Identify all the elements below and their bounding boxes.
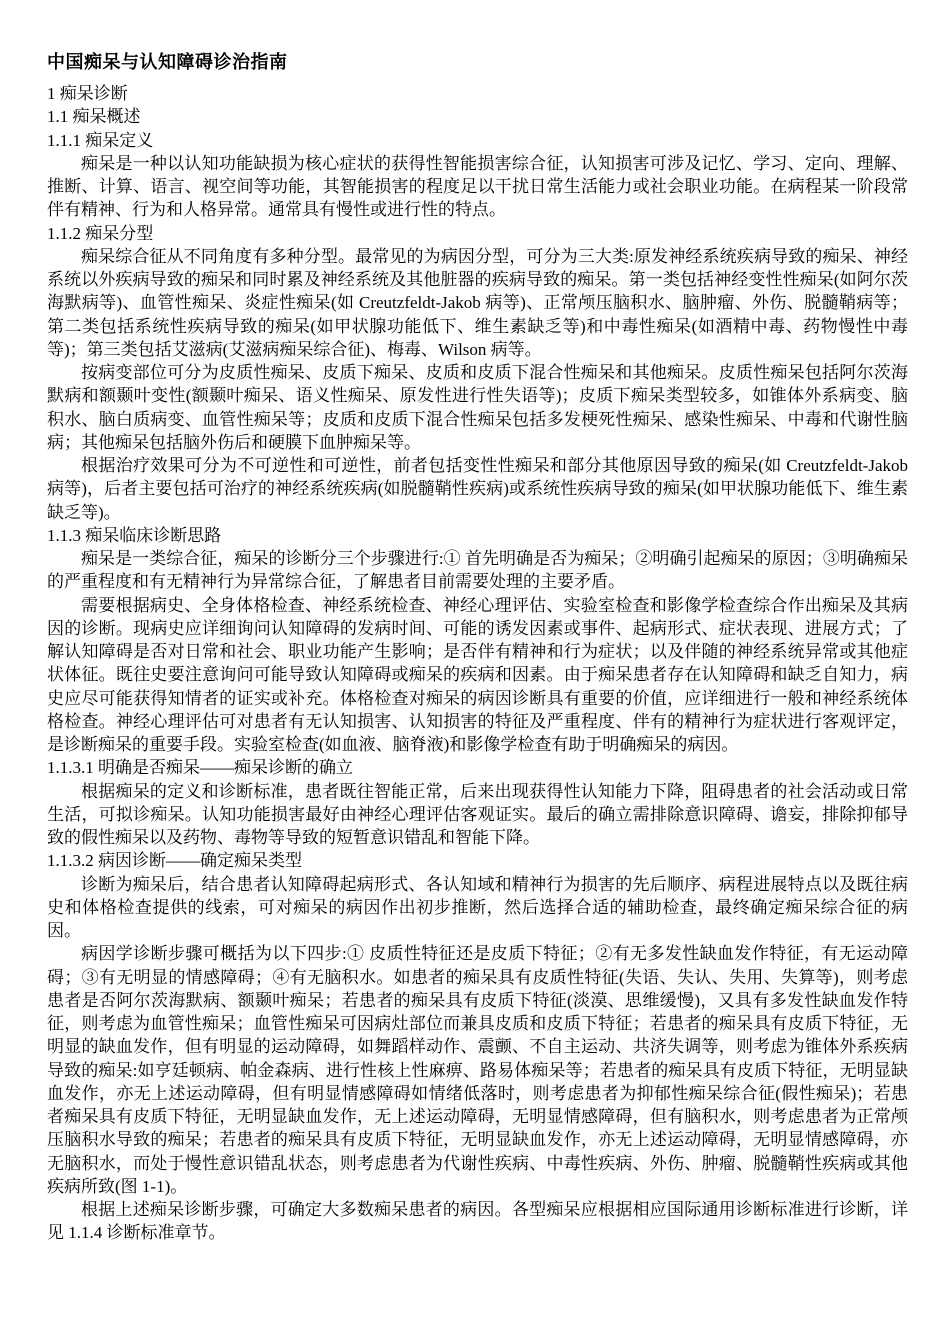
body-paragraph: 根据痴呆的定义和诊断标准，患者既往智能正常，后来出现获得性认知能力下降，阻碍患者…	[47, 780, 908, 850]
section-heading: 1.1.1 痴呆定义	[47, 129, 908, 152]
body-paragraph: 痴呆综合征从不同角度有多种分型。最常见的为病因分型，可分为三大类:原发神经系统疾…	[47, 245, 908, 361]
body-paragraph: 痴呆是一类综合征，痴呆的诊断分三个步骤进行:① 首先明确是否为痴呆；②明确引起痴…	[47, 547, 908, 594]
body-paragraph: 按病变部位可分为皮质性痴呆、皮质下痴呆、皮质和皮质下混合性痴呆和其他痴呆。皮质性…	[47, 361, 908, 454]
section-heading: 1.1.3.2 病因诊断——确定痴呆类型	[47, 849, 908, 872]
body-paragraph: 根据上述痴呆诊断步骤，可确定大多数痴呆患者的病因。各型痴呆应根据相应国际通用诊断…	[47, 1198, 908, 1245]
body-paragraph: 根据治疗效果可分为不可逆性和可逆性，前者包括变性性痴呆和部分其他原因导致的痴呆(…	[47, 454, 908, 524]
body-paragraph: 病因学诊断步骤可概括为以下四步:① 皮质性特征还是皮质下特征；②有无多发性缺血发…	[47, 942, 908, 1198]
section-heading: 1.1.3.1 明确是否痴呆——痴呆诊断的确立	[47, 756, 908, 779]
document-body: 1 痴呆诊断1.1 痴呆概述1.1.1 痴呆定义痴呆是一种以认知功能缺损为核心症…	[47, 82, 908, 1245]
body-paragraph: 诊断为痴呆后，结合患者认知障碍起病形式、各认知域和精神行为损害的先后顺序、病程进…	[47, 873, 908, 943]
section-heading: 1 痴呆诊断	[47, 82, 908, 105]
body-paragraph: 需要根据病史、全身体格检查、神经系统检查、神经心理评估、实验室检查和影像学检查综…	[47, 594, 908, 757]
section-heading: 1.1.2 痴呆分型	[47, 222, 908, 245]
section-heading: 1.1.3 痴呆临床诊断思路	[47, 524, 908, 547]
body-paragraph: 痴呆是一种以认知功能缺损为核心症状的获得性智能损害综合征，认知损害可涉及记忆、学…	[47, 152, 908, 222]
document-page: 中国痴呆与认知障碍诊治指南 1 痴呆诊断1.1 痴呆概述1.1.1 痴呆定义痴呆…	[0, 0, 950, 1344]
section-heading: 1.1 痴呆概述	[47, 105, 908, 128]
document-title: 中国痴呆与认知障碍诊治指南	[47, 50, 908, 74]
